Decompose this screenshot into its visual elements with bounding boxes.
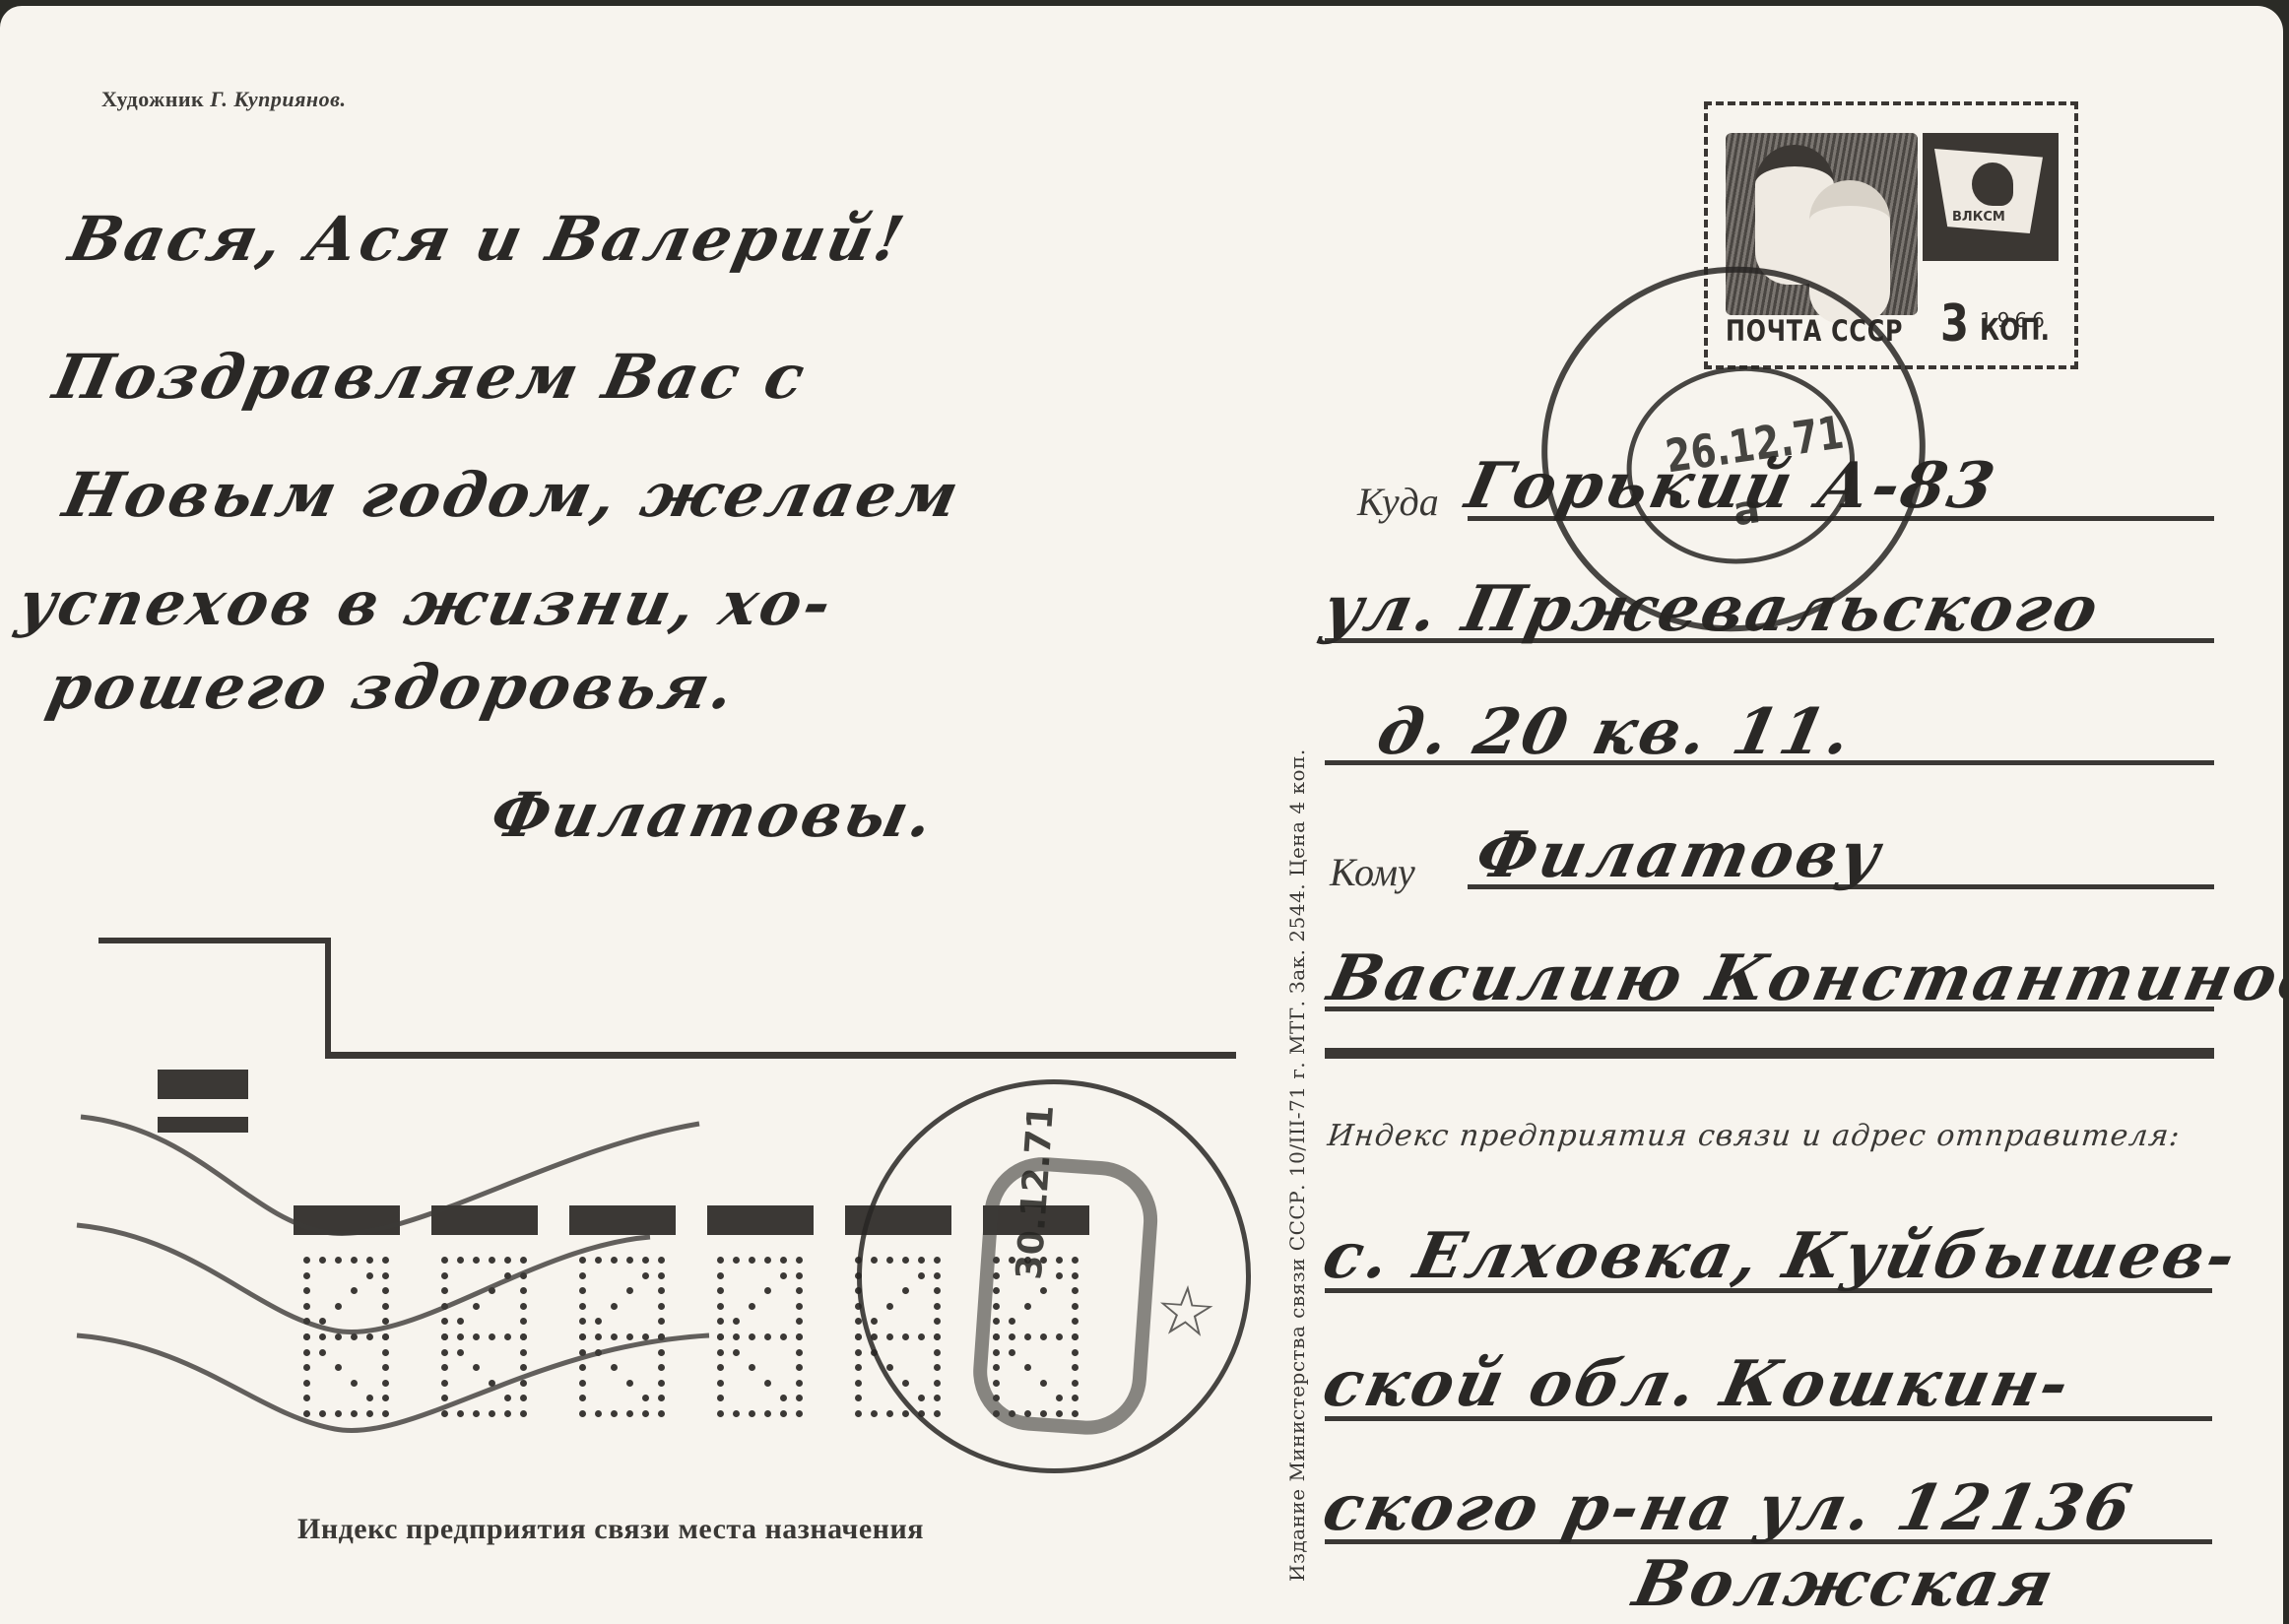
artist-name: Г. Куприянов. [210, 87, 346, 111]
to-line-3-text: д. 20 кв. 11. [1371, 695, 1861, 769]
index-digit-bar [294, 1205, 400, 1235]
star-icon: ☆ [1152, 1268, 1219, 1353]
index-marker-bar-1 [158, 1070, 248, 1099]
index-digit-bar [569, 1205, 676, 1235]
sender-caption: Индекс предприятия связи и адрес отправи… [1326, 1119, 2182, 1153]
to-label: Куда [1357, 479, 1439, 525]
index-caption: Индекс предприятия связи места назначени… [297, 1513, 924, 1546]
index-digit-bar [707, 1205, 814, 1235]
message-line-4: успехов в жизни, хо- [12, 567, 840, 639]
index-digit-stencil [441, 1257, 548, 1414]
index-frame-vertical [325, 938, 331, 1058]
message-line-2: Поздравляем Вас с [47, 341, 814, 413]
sender-line-3-text: ского р-на ул. 12136 [1317, 1471, 2140, 1545]
message-line-3: Новым годом, желаем [57, 459, 967, 531]
whom-label: Кому [1330, 849, 1415, 895]
stamp-currency: КОП. [1980, 313, 2050, 348]
index-frame-bottom [325, 1052, 1236, 1059]
postcard: Художник Г. Куприянов. Вася, Ася и Валер… [0, 6, 2283, 1624]
index-digit-stencil [579, 1257, 686, 1414]
message-signature: Филатовы. [485, 779, 942, 851]
sender-line-1-text: с. Елховка, Куйбышев- [1317, 1219, 2245, 1293]
index-frame-top [98, 938, 331, 943]
artist-credit: Художник Г. Куприянов. [101, 87, 346, 112]
index-digit-stencil [717, 1257, 823, 1414]
index-digit-stencil [303, 1257, 410, 1414]
sender-line-2-text: ской обл. Кошкин- [1317, 1347, 2078, 1421]
stamp-denomination: 3 [1940, 294, 1969, 354]
message-line-5: рошего здоровья. [41, 651, 743, 723]
address-divider [1325, 1048, 2214, 1059]
index-marker-bar-2 [158, 1117, 248, 1133]
sender-line-4-text: Волжская [1627, 1547, 2062, 1621]
index-digit-bar [431, 1205, 538, 1235]
postmark-destination: ☆ 30.12.71 [844, 1067, 1265, 1487]
message-line-1: Вася, Ася и Валерий! [63, 203, 912, 275]
whom-line-2-text: Василию Константиновичу [1322, 942, 2283, 1015]
artist-label: Художник [101, 87, 204, 111]
publisher-imprint: Издание Министерства связи СССР. 10/III-… [1285, 748, 1309, 1582]
stamp-badge-text: ВЛКСМ [1952, 210, 2005, 225]
whom-line-1-text: Филатову [1470, 818, 1889, 892]
